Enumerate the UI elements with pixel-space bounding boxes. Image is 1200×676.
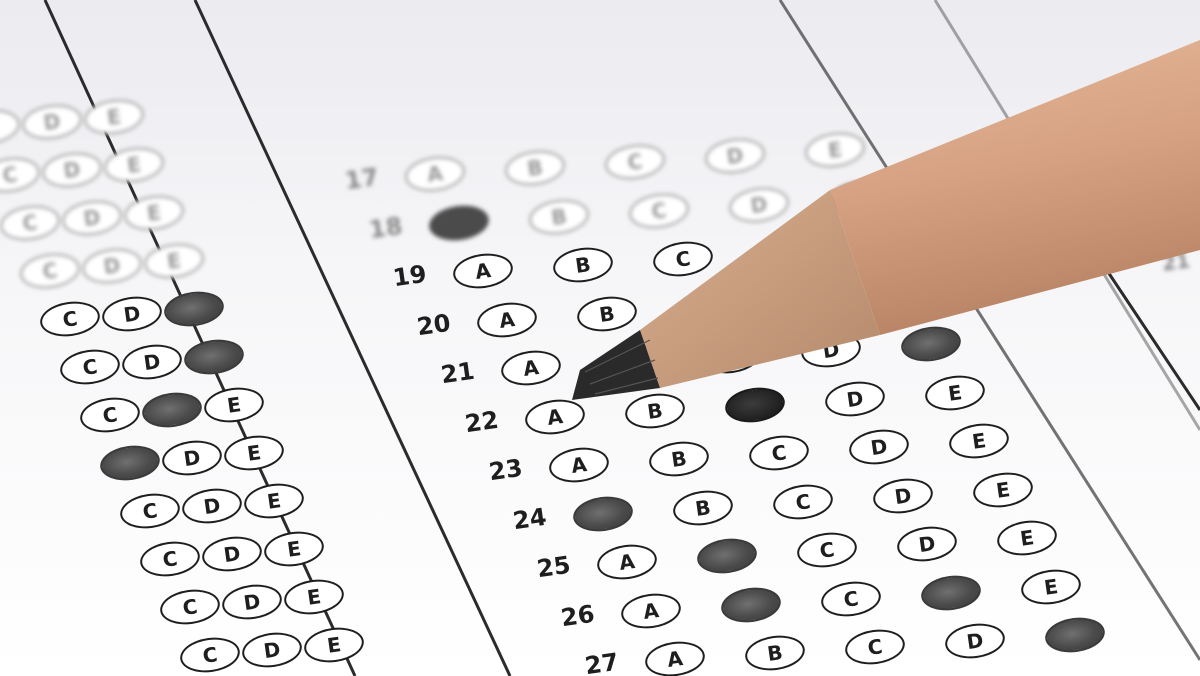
photo-scene: 17ABCDE18ABCDE19ABCDE20ABCDE21ABCDE22ABC…	[0, 0, 1200, 676]
question-number: 21	[439, 357, 476, 389]
question-number: 25	[535, 551, 572, 583]
partial-question-number: 21	[1160, 248, 1191, 276]
question-number: 24	[511, 502, 548, 534]
question-number: 26	[559, 599, 596, 631]
question-number: 19	[391, 260, 428, 292]
question-number: 18	[367, 211, 404, 243]
question-number: 22	[463, 405, 500, 437]
question-number: 17	[343, 163, 380, 195]
question-number: 27	[583, 648, 620, 676]
column-divider-lines	[0, 0, 1200, 676]
question-number: 23	[487, 454, 524, 486]
question-number: 20	[415, 308, 452, 340]
